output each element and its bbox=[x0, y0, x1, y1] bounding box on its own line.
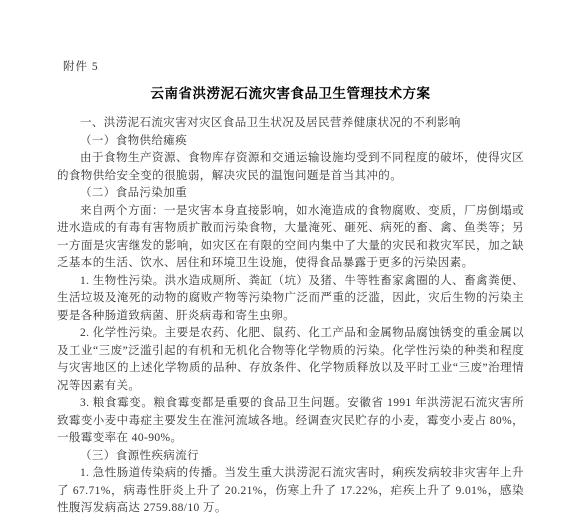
body-paragraph: 一、洪涝泥石流灾害对灾区食品卫生状况及居民营养健康状况的不利影响 bbox=[57, 115, 524, 133]
body-paragraph: 由于食物生产资源、食物库存资源和交通运输设施均受到不同程度的破坏，使得灾区的食物… bbox=[57, 150, 524, 185]
document-page: 附件 5 云南省洪涝泥石流灾害食品卫生管理技术方案 一、洪涝泥石流灾害对灾区食品… bbox=[0, 0, 581, 515]
body-paragraph: 来自两个方面：一是灾害本身直接影响，如水淹造成的食物腐败、变质，厂房倒塌或进水造… bbox=[57, 203, 524, 273]
attachment-label: 附件 5 bbox=[63, 60, 524, 74]
body-paragraph: 3. 粮食霉变。粮食霉变都是重要的食品卫生问题。安徽省 1991 年洪涝泥石流灾… bbox=[57, 395, 524, 448]
body-paragraph: （二）食品污染加重 bbox=[57, 185, 524, 203]
body-paragraph: （三）食源性疾病流行 bbox=[57, 448, 524, 466]
body-paragraph: 1. 急性肠道传染病的传播。当发生重大洪涝泥石流灾害时，痢疾发病较非灾害年上升了… bbox=[57, 465, 524, 515]
body-paragraph: （一）食物供给瘫痪 bbox=[57, 133, 524, 151]
body-paragraph: 1. 生物性污染。洪水造成厕所、粪缸（坑）及猪、牛等牲畜家禽圈的人、畜禽粪便、生… bbox=[57, 273, 524, 326]
document-body: 一、洪涝泥石流灾害对灾区食品卫生状况及居民营养健康状况的不利影响 （一）食物供给… bbox=[57, 115, 524, 515]
document-title: 云南省洪涝泥石流灾害食品卫生管理技术方案 bbox=[57, 82, 524, 102]
body-paragraph: 2. 化学性污染。主要是农药、化肥、鼠药、化工产品和金属物品腐蚀锈变的重金属以及… bbox=[57, 325, 524, 395]
